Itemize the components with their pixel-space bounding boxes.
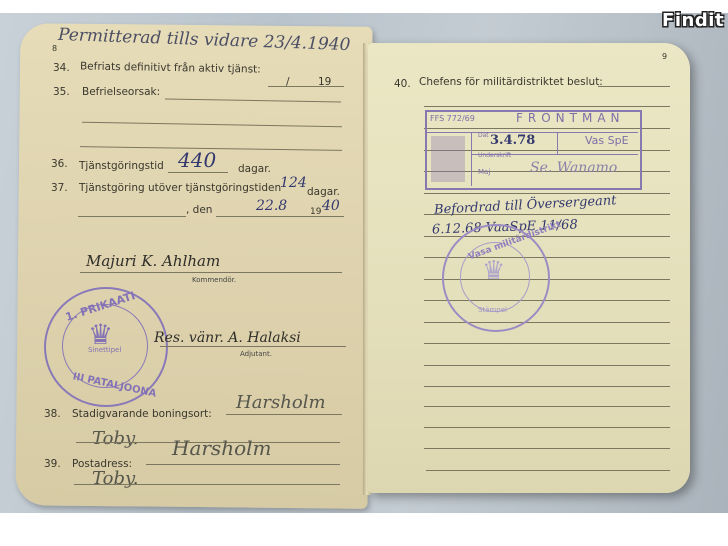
date-separator: , den <box>186 204 212 216</box>
field-39-line-1 <box>146 464 340 465</box>
adjutant-line <box>160 346 346 347</box>
lion-emblem-icon: ♛ <box>482 256 505 286</box>
ruled-line <box>424 448 670 449</box>
ruled-line <box>426 470 670 471</box>
ruled-line <box>424 427 670 428</box>
adjutant-caption: Adjutant. <box>240 350 272 358</box>
ruled-line <box>424 193 670 194</box>
field-39-line-2 <box>74 484 340 485</box>
place-line <box>78 216 186 217</box>
box-stamp-code: FFS 772/69 <box>430 114 475 123</box>
field-38-label: Stadigvarande boningsort: <box>72 408 212 420</box>
left-page-number: 8 <box>52 44 57 53</box>
field-37-number: 37. <box>51 182 68 194</box>
date-year-suffix: 40 <box>322 198 340 214</box>
right-page-number: 9 <box>662 52 667 61</box>
field-35-label: Befrielseorsak: <box>82 86 160 98</box>
field-34-slash: / <box>286 76 290 88</box>
commander-line <box>80 272 342 273</box>
ruled-line <box>424 386 670 387</box>
field-39-number: 39. <box>44 458 61 470</box>
box-stamp-maj-label: Maj <box>478 168 490 176</box>
coat-of-arms-icon <box>431 136 465 182</box>
field-36-suffix: dagar. <box>238 163 271 175</box>
date-year-prefix: 19 <box>310 207 321 217</box>
field-36-value: 440 <box>178 148 216 172</box>
box-stamp-signature: Se. Wanamo <box>530 160 617 176</box>
box-stamp-divider <box>557 132 558 154</box>
field-39-value-2: Toby. <box>92 468 138 489</box>
brigade-stamp-center-text: Sinettipel <box>88 346 121 354</box>
field-35-number: 35. <box>53 86 70 98</box>
field-39-value-1: Harsholm <box>172 436 271 460</box>
field-38-value-1: Harsholm <box>236 392 326 413</box>
field-37-label: Tjänstgöring utöver tjänstgöringstiden <box>79 182 281 194</box>
ruled-line <box>424 343 670 344</box>
district-stamp-bottom-text: Stämpel <box>478 306 507 314</box>
adjutant-signature: Res. vänr. A. Halaksi <box>154 330 301 346</box>
field-34-year: 19 <box>318 76 331 88</box>
field-37-value: 124 <box>280 175 307 191</box>
ruled-line <box>424 406 670 407</box>
box-stamp-unit: Vas SpE <box>585 134 629 147</box>
field-40-line-0 <box>598 86 670 87</box>
ruled-line <box>424 106 670 107</box>
field-36-number: 36. <box>51 158 68 170</box>
field-38-number: 38. <box>44 408 61 420</box>
date-value: 22.8 <box>256 198 287 214</box>
box-stamp-title: FRONTMAN <box>516 111 625 125</box>
box-stamp-divider <box>471 132 472 186</box>
box-stamp-dat-label: Dat <box>478 132 489 139</box>
field-40-number: 40. <box>394 78 411 90</box>
field-38-line-1 <box>226 414 342 415</box>
findit-logo[interactable]: Findit <box>662 10 724 31</box>
field-34-number: 34. <box>53 62 70 74</box>
field-38-value-2: Toby. <box>92 428 138 449</box>
commander-caption: Kommendör. <box>192 276 236 284</box>
commander-signature: Majuri K. Ahlham <box>86 252 220 270</box>
field-37-suffix: dagar. <box>307 186 340 198</box>
box-stamp-underskrift-label: Underskrift <box>478 152 511 159</box>
field-36-label: Tjänstgöringstid <box>79 160 164 172</box>
ruled-line <box>424 365 670 366</box>
date-line <box>216 216 344 217</box>
box-stamp-dat-value: 3.4.78 <box>490 133 535 148</box>
ruled-line <box>424 322 670 323</box>
field-34-line <box>268 86 344 87</box>
field-36-line <box>168 172 228 173</box>
field-40-label: Chefens för militärdistriktet beslut: <box>419 76 603 88</box>
